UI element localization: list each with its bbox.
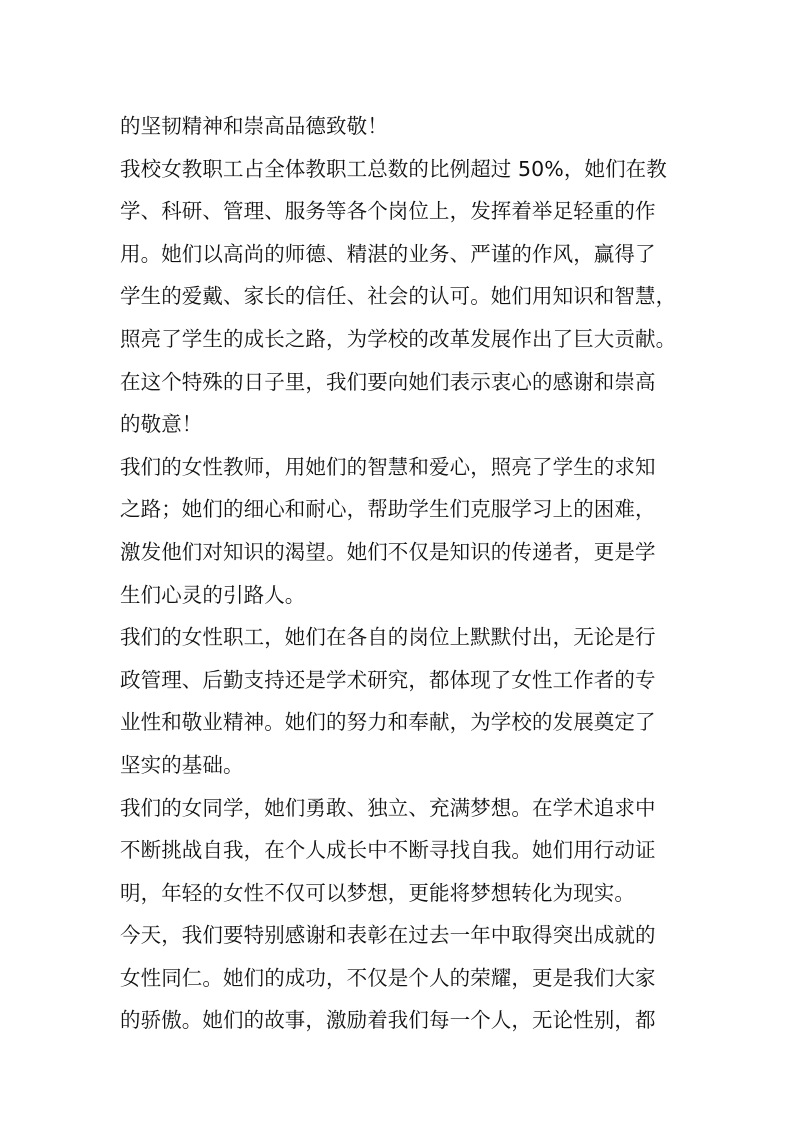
text-line: 生们心灵的引路人。 bbox=[120, 577, 680, 620]
text-line: 不断挑战自我，在个人成长中不断寻找自我。她们用行动证 bbox=[120, 832, 680, 875]
text-line: 坚实的基础。 bbox=[120, 747, 680, 790]
text-line: 的敬意！ bbox=[120, 406, 680, 449]
document-page: 的坚韧精神和崇高品德致敬！ 我校女教职工占全体教职工总数的比例超过 50%，她们… bbox=[120, 108, 680, 1045]
text-line: 今天，我们要特别感谢和表彰在过去一年中取得突出成就的 bbox=[120, 917, 680, 960]
text-line: 学、科研、管理、服务等各个岗位上，发挥着举足轻重的作 bbox=[120, 193, 680, 236]
text-line: 明，年轻的女性不仅可以梦想，更能将梦想转化为现实。 bbox=[120, 875, 680, 918]
text-line: 照亮了学生的成长之路，为学校的改革发展作出了巨大贡献。 bbox=[120, 321, 680, 364]
text-line: 我们的女同学，她们勇敢、独立、充满梦想。在学术追求中 bbox=[120, 790, 680, 833]
text-line: 我校女教职工占全体教职工总数的比例超过 50%，她们在教 bbox=[120, 151, 680, 194]
text-line: 激发他们对知识的渴望。她们不仅是知识的传递者，更是学 bbox=[120, 534, 680, 577]
text-line: 学生的爱戴、家长的信任、社会的认可。她们用知识和智慧， bbox=[120, 278, 680, 321]
text-line: 在这个特殊的日子里，我们要向她们表示衷心的感谢和崇高 bbox=[120, 364, 680, 407]
text-line: 的坚韧精神和崇高品德致敬！ bbox=[120, 108, 680, 151]
text-line: 我们的女性职工，她们在各自的岗位上默默付出，无论是行 bbox=[120, 619, 680, 662]
text-line: 用。她们以高尚的师德、精湛的业务、严谨的作风，赢得了 bbox=[120, 236, 680, 279]
text-line: 政管理、后勤支持还是学术研究，都体现了女性工作者的专 bbox=[120, 662, 680, 705]
text-line: 业性和敬业精神。她们的努力和奉献，为学校的发展奠定了 bbox=[120, 704, 680, 747]
text-line: 女性同仁。她们的成功，不仅是个人的荣耀，更是我们大家 bbox=[120, 960, 680, 1003]
text-line: 之路；她们的细心和耐心，帮助学生们克服学习上的困难， bbox=[120, 491, 680, 534]
text-line: 的骄傲。她们的故事，激励着我们每一个人，无论性别，都 bbox=[120, 1002, 680, 1045]
text-line: 我们的女性教师，用她们的智慧和爱心，照亮了学生的求知 bbox=[120, 449, 680, 492]
